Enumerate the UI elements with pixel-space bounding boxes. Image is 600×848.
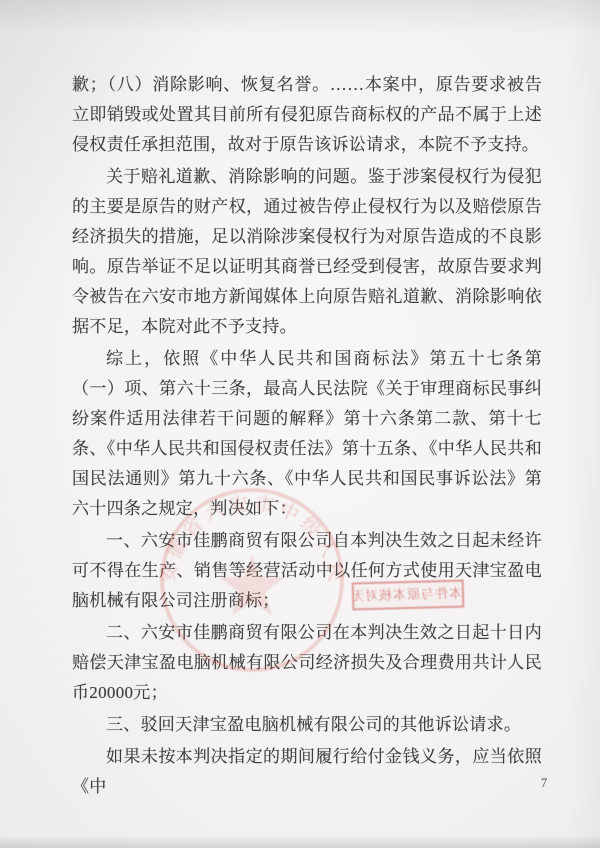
paragraph-payment-obligation: 如果未按本判决指定的期间履行给付金钱义务，应当依照《中 <box>72 742 542 802</box>
judgment-item-2: 二、六安市佳鹏商贸有限公司在本判决生效之日起十日内赔偿天津宝盈电脑机械有限公司经… <box>72 618 542 708</box>
verification-stamp-text: 本件与原本核对无异 <box>354 582 463 609</box>
paragraph-legal-basis: 综上，依照《中华人民共和国商标法》第五十七条第（一）项、第六十三条，最高人民法院… <box>72 344 542 524</box>
paragraph-continuation: 歉；（八）消除影响、恢复名誉。……本案中，原告要求被告立即销毁或处置其目前所有侵… <box>72 70 542 160</box>
page-number: 7 <box>534 776 554 791</box>
document-page: 歉；（八）消除影响、恢复名誉。……本案中，原告要求被告立即销毁或处置其目前所有侵… <box>0 0 600 848</box>
judgment-item-3: 三、驳回天津宝盈电脑机械有限公司的其他诉讼请求。 <box>72 710 542 740</box>
paragraph-apology-issue: 关于赔礼道歉、消除影响的问题。鉴于涉案侵权行为侵犯的主要是原告的财产权，通过被告… <box>72 162 542 342</box>
verification-stamp: 本件与原本核对无异 <box>352 580 465 611</box>
judgment-text: 歉；（八）消除影响、恢复名誉。……本案中，原告要求被告立即销毁或处置其目前所有侵… <box>72 70 542 804</box>
judgment-item-1: 一、六安市佳鹏商贸有限公司自本判决生效之日起未经许可不得在生产、销售等经营活动中… <box>72 526 542 616</box>
